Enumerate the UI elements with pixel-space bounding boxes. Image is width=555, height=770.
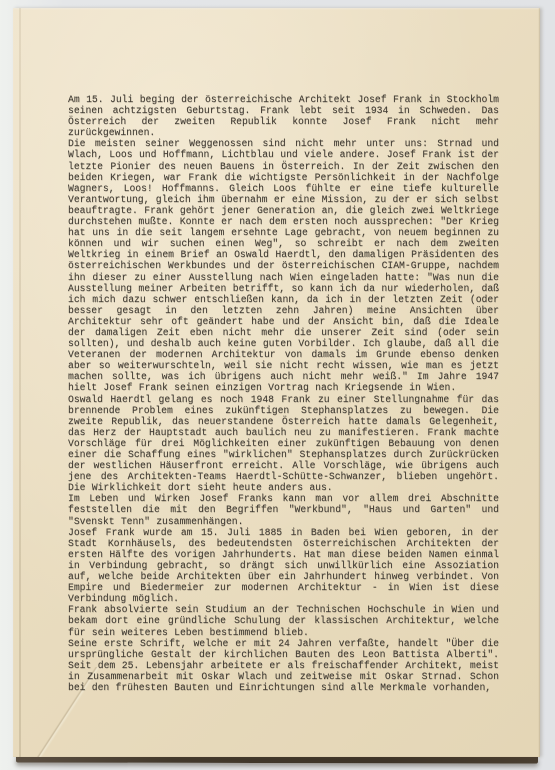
paragraph: Oswald Haerdtl gelang es noch 1948 Frank… (68, 394, 499, 494)
scan-background: Am 15. Juli beging der österreichische A… (0, 0, 555, 770)
paragraph: Die meisten seiner Weggenossen sind nich… (68, 138, 499, 393)
paragraph: Im Leben und Wirken Josef Franks kann ma… (68, 493, 499, 526)
paper-left-fold-line (19, 8, 21, 757)
paragraph: Josef Frank wurde am 15. Juli 1885 in Ba… (68, 527, 499, 605)
paragraph: Seine erste Schrift, welche er mit 24 Ja… (68, 638, 499, 693)
paper-page: Am 15. Juli beging der österreichische A… (13, 8, 540, 757)
typewritten-text-block: Am 15. Juli beging der österreichische A… (68, 94, 499, 693)
paragraph: Am 15. Juli beging der österreichische A… (68, 94, 499, 138)
paragraph: Frank absolvierte sein Studium an der Te… (68, 604, 499, 637)
